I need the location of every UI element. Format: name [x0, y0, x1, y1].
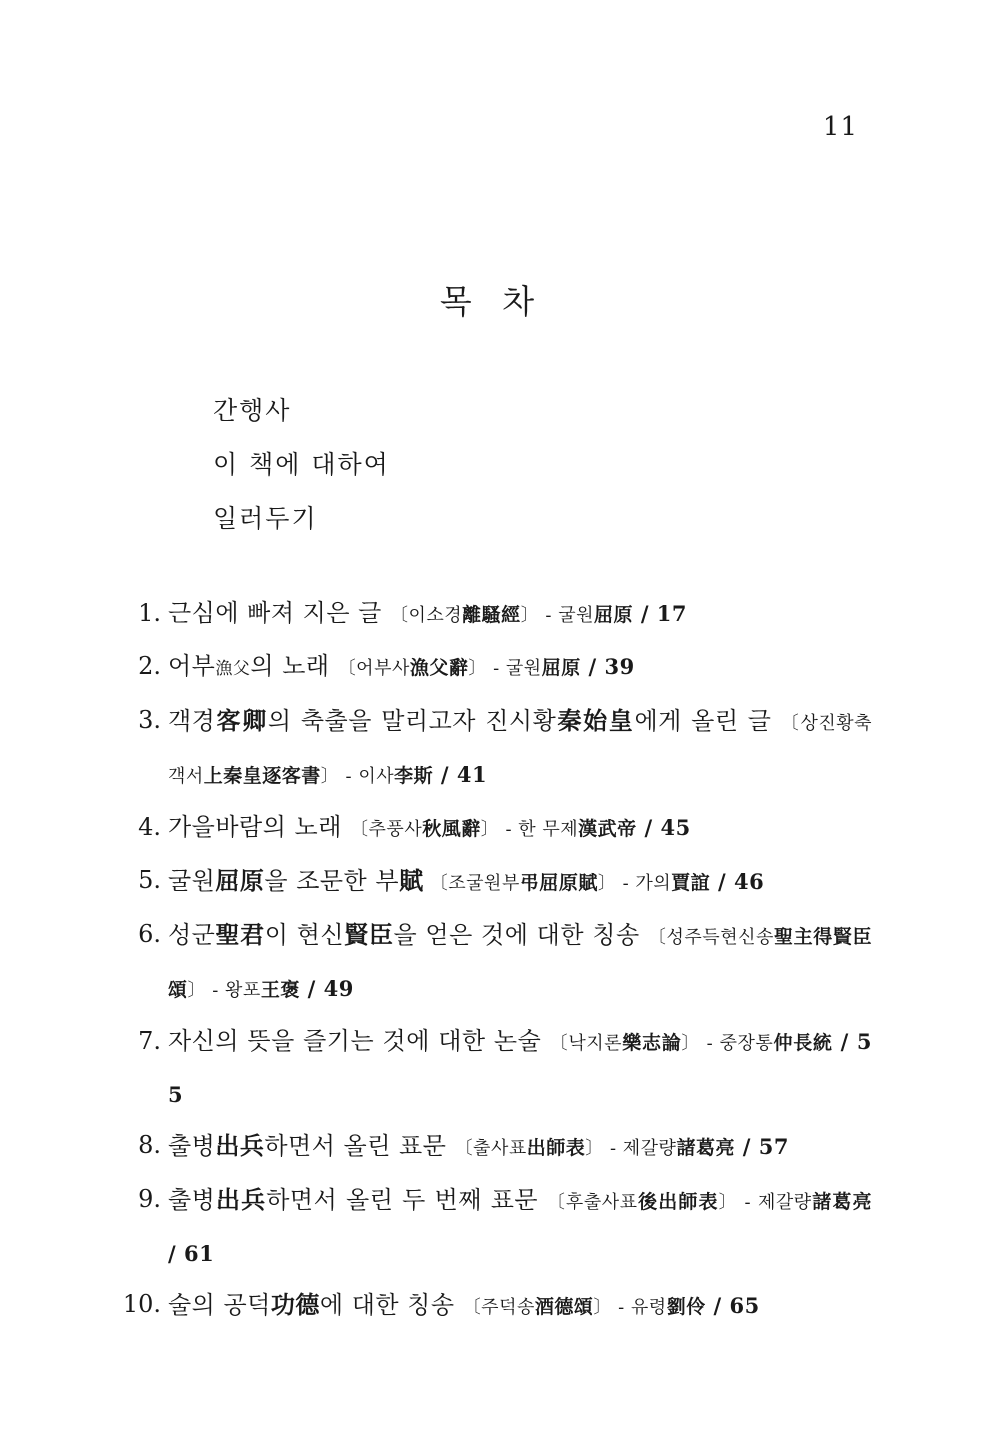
- text-run: 弔屈原賦: [520, 872, 598, 894]
- text-run: 〔낙지론: [550, 1033, 622, 1054]
- text-run: 樂志論: [622, 1032, 681, 1054]
- toc-item-6: 6. 성군聖君이 현신賢臣을 얻은 것에 대한 칭송 〔성주득현신송聖主得賢臣頌…: [106, 909, 872, 1016]
- text-run: 秋風辭: [422, 818, 481, 840]
- item-number: 9.: [106, 1174, 168, 1225]
- text-run: 離騷經: [462, 604, 521, 626]
- text-run: 의 축출을 말리고자 진시황: [268, 707, 556, 735]
- toc-item-2: 2. 어부漁父의 노래 〔어부사漁父辭〕 - 굴원屈原 / 39: [106, 641, 872, 695]
- text-run: / 65: [706, 1293, 760, 1318]
- text-run: / 45: [637, 815, 691, 840]
- text-run: 〔주덕송: [463, 1297, 535, 1318]
- item-text: 객경客卿의 축출을 말리고자 진시황秦始皇에게 올린 글 〔상진황축객서上秦皇逐…: [168, 695, 872, 802]
- item-text: 가을바람의 노래 〔추풍사秋風辭〕 - 한 무제漢武帝 / 45: [168, 802, 872, 855]
- text-run: 〕 - 제갈량: [585, 1138, 676, 1159]
- text-run: 賈誼: [671, 872, 710, 894]
- document-page: 11 목 차 간행사 이 책에 대하여 일러두기 1. 근심에 빠져 지은 글 …: [0, 0, 984, 1456]
- front-matter-item-about-book: 이 책에 대하여: [213, 438, 390, 492]
- text-run: 근심에 빠져 지은 글: [168, 599, 390, 627]
- text-run: 出兵: [215, 1131, 264, 1160]
- item-number: 3.: [106, 695, 168, 746]
- text-run: 어부: [168, 652, 215, 680]
- text-run: 諸葛亮: [812, 1191, 872, 1213]
- text-run: 〔조굴원부: [424, 873, 520, 894]
- text-run: 에게 올린 글: [634, 707, 780, 735]
- text-run: 秦始皇: [556, 706, 634, 735]
- text-run: 〔이소경: [390, 605, 462, 626]
- text-run: / 49: [300, 976, 354, 1001]
- item-number: 2.: [106, 641, 168, 692]
- text-run: 성군: [168, 921, 215, 949]
- text-run: 諸葛亮: [676, 1137, 735, 1159]
- item-text: 굴원屈原을 조문한 부賦 〔조굴원부弔屈原賦〕 - 가의賈誼 / 46: [168, 855, 872, 909]
- item-text: 근심에 빠져 지은 글 〔이소경離騷經〕 - 굴원屈原 / 17: [168, 588, 872, 641]
- item-text: 출병出兵하면서 올린 두 번째 표문 〔후출사표後出師表〕 - 제갈량諸葛亮 /…: [168, 1174, 872, 1279]
- text-run: 劉伶: [667, 1296, 706, 1318]
- text-run: 의 노래: [250, 652, 337, 680]
- item-number: 5.: [106, 855, 168, 906]
- text-run: 굴원: [168, 867, 215, 895]
- item-number: 4.: [106, 802, 168, 853]
- text-run: / 41: [433, 762, 487, 787]
- text-run: 仲長統: [773, 1032, 832, 1054]
- front-matter-item-ilreodugi: 일러두기: [213, 492, 390, 546]
- toc-item-7: 7. 자신의 뜻을 즐기는 것에 대한 논술 〔낙지론樂志論〕 - 중장통仲長統…: [106, 1016, 872, 1120]
- text-run: 〔성주득현신송: [648, 927, 774, 948]
- text-run: 에 대한 칭송: [320, 1291, 463, 1319]
- text-run: / 61: [168, 1241, 214, 1266]
- text-run: 객경: [168, 707, 215, 735]
- text-run: 漁父: [215, 659, 250, 679]
- text-run: 〔출사표: [455, 1138, 527, 1159]
- text-run: 하면서 올린 표문: [264, 1132, 454, 1160]
- item-text: 출병出兵하면서 올린 표문 〔출사표出師表〕 - 제갈량諸葛亮 / 57: [168, 1120, 872, 1174]
- item-text: 술의 공덕功德에 대한 칭송 〔주덕송酒德頌〕 - 유령劉伶 / 65: [168, 1279, 872, 1333]
- text-run: 李斯: [394, 765, 433, 787]
- text-run: 을 조문한 부: [264, 867, 399, 895]
- text-run: 後出師表: [637, 1191, 718, 1213]
- text-run: 客卿: [215, 706, 268, 735]
- item-text: 어부漁父의 노래 〔어부사漁父辭〕 - 굴원屈原 / 39: [168, 641, 872, 695]
- text-run: 가을바람의 노래: [168, 813, 350, 841]
- front-matter-item-ganhaengsa: 간행사: [213, 384, 390, 438]
- text-run: 賢臣: [344, 920, 393, 949]
- text-run: 出師表: [527, 1137, 586, 1159]
- item-number: 1.: [106, 588, 168, 639]
- text-run: 을 얻은 것에 대한 칭송: [393, 921, 647, 949]
- text-run: 功德: [271, 1290, 320, 1319]
- item-text: 성군聖君이 현신賢臣을 얻은 것에 대한 칭송 〔성주득현신송聖主得賢臣頌〕 -…: [168, 909, 872, 1016]
- front-matter: 간행사 이 책에 대하여 일러두기: [213, 384, 390, 546]
- text-run: 〕 - 중장통: [681, 1033, 773, 1054]
- item-number: 6.: [106, 909, 168, 960]
- text-run: 〕 - 유령: [593, 1297, 666, 1318]
- text-run: / 57: [735, 1134, 789, 1159]
- text-run: 〔어부사: [338, 658, 410, 679]
- text-run: 上秦皇逐客書: [204, 765, 321, 787]
- text-run: 〕 - 굴원: [468, 658, 541, 679]
- page-number: 11: [823, 112, 858, 142]
- item-number: 7.: [106, 1016, 168, 1067]
- text-run: 자신의 뜻을 즐기는 것에 대한 논술: [168, 1027, 550, 1055]
- toc-item-1: 1. 근심에 빠져 지은 글 〔이소경離騷經〕 - 굴원屈原 / 17: [106, 588, 872, 641]
- item-number: 10.: [106, 1279, 168, 1330]
- item-text: 자신의 뜻을 즐기는 것에 대한 논술 〔낙지론樂志論〕 - 중장통仲長統 / …: [168, 1016, 872, 1120]
- text-run: / 39: [581, 654, 635, 679]
- text-run: 〕 - 왕포: [188, 980, 261, 1001]
- toc-item-4: 4. 가을바람의 노래 〔추풍사秋風辭〕 - 한 무제漢武帝 / 45: [106, 802, 872, 855]
- text-run: 賦: [399, 866, 424, 895]
- toc-item-10: 10. 술의 공덕功德에 대한 칭송 〔주덕송酒德頌〕 - 유령劉伶 / 65: [106, 1279, 872, 1333]
- text-run: 屈原: [542, 657, 581, 679]
- text-run: 酒德頌: [535, 1296, 594, 1318]
- text-run: 屈原: [594, 604, 633, 626]
- text-run: 出兵: [215, 1185, 266, 1214]
- text-run: 漢武帝: [578, 818, 637, 840]
- toc-item-5: 5. 굴원屈原을 조문한 부賦 〔조굴원부弔屈原賦〕 - 가의賈誼 / 46: [106, 855, 872, 909]
- text-run: 〔후출사표: [547, 1192, 638, 1213]
- text-run: 출병: [168, 1186, 215, 1214]
- text-run: 술의 공덕: [168, 1291, 271, 1319]
- text-run: 출병: [168, 1132, 215, 1160]
- text-run: 王褒: [261, 979, 300, 1001]
- text-run: / 17: [633, 601, 687, 626]
- item-number: 8.: [106, 1120, 168, 1171]
- toc-item-8: 8. 출병出兵하면서 올린 표문 〔출사표出師表〕 - 제갈량諸葛亮 / 57: [106, 1120, 872, 1174]
- text-run: / 46: [710, 869, 764, 894]
- page-title: 목 차: [0, 276, 984, 323]
- text-run: 〕 - 가의: [598, 873, 671, 894]
- toc-list: 1. 근심에 빠져 지은 글 〔이소경離騷經〕 - 굴원屈原 / 17 2. 어…: [106, 588, 872, 1333]
- text-run: 〕 - 이사: [321, 766, 394, 787]
- text-run: 〕 - 제갈량: [719, 1192, 812, 1213]
- text-run: 漁父辭: [410, 657, 469, 679]
- text-run: 〕 - 한 무제: [481, 819, 578, 840]
- text-run: 〔추풍사: [350, 819, 422, 840]
- text-run: 〕 - 굴원: [521, 605, 594, 626]
- text-run: 聖君: [215, 920, 264, 949]
- text-run: 屈原: [215, 866, 264, 895]
- toc-item-9: 9. 출병出兵하면서 올린 두 번째 표문 〔후출사표後出師表〕 - 제갈량諸葛…: [106, 1174, 872, 1279]
- toc-item-3: 3. 객경客卿의 축출을 말리고자 진시황秦始皇에게 올린 글 〔상진황축객서上…: [106, 695, 872, 802]
- text-run: 하면서 올린 두 번째 표문: [266, 1186, 547, 1214]
- text-run: 이 현신: [265, 921, 344, 949]
